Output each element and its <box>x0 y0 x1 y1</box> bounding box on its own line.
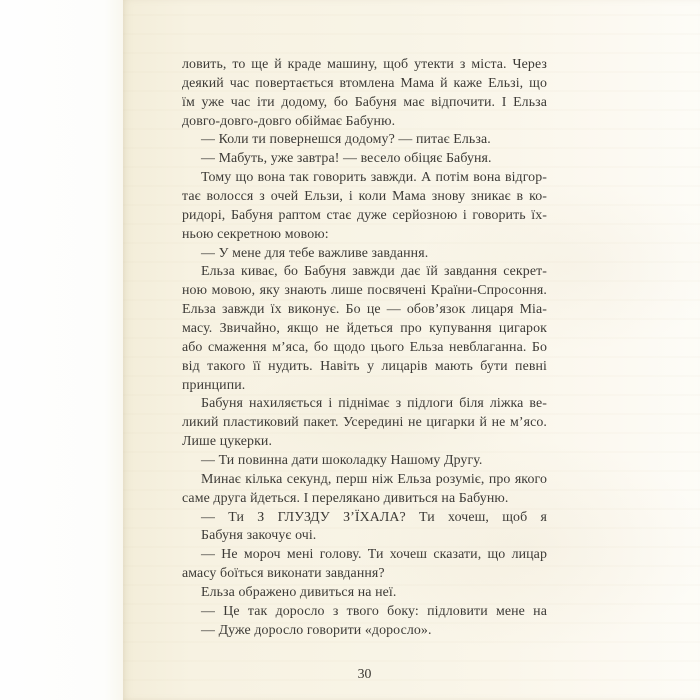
text-line: Лише цукерки. <box>182 433 547 452</box>
text-line: їм уже час іти додому, бо Бабуня має від… <box>182 94 547 113</box>
text-block: ловить, то ще й краде машину, щоб утекти… <box>182 56 547 641</box>
text-line: саме друга йдеться. І перелякано дивитьс… <box>182 490 547 509</box>
photo-background-strip <box>0 0 123 700</box>
text-line: масу. Звичайно, якщо не йдеться про купу… <box>182 320 547 339</box>
text-line: ликий пластиковий пакет. Усередині не ци… <box>182 414 547 433</box>
text-line: Тому що вона так говорить завжди. А поті… <box>182 169 547 188</box>
text-line: Минає кілька секунд, перш ніж Ельза розу… <box>182 471 547 490</box>
book-page: ловить, то ще й краде машину, щоб утекти… <box>123 0 700 700</box>
book-photo: ловить, то ще й краде машину, щоб утекти… <box>0 0 700 700</box>
text-line: тає волосся з очей Ельзи, і коли Мама зн… <box>182 188 547 207</box>
text-line: — Не мороч мені голову. Ти хочеш сказати… <box>182 546 547 565</box>
text-line: Бабуня закочує очі. <box>182 527 547 546</box>
text-line: принципи. <box>182 377 547 396</box>
text-line: довго-довго-довго обіймає Бабуню. <box>182 113 547 132</box>
text-line: — Мабуть, уже завтра! — весело обіцяє Ба… <box>182 150 547 169</box>
text-line: — Це так доросло з твого боку: підловити… <box>182 603 547 622</box>
text-line: — Ти З ГЛУЗДУ З’ЇХАЛА? Ти хочеш, щоб я П… <box>182 509 547 528</box>
text-line: амасу боїться виконати завдання? <box>182 565 547 584</box>
page-number: 30 <box>182 666 547 682</box>
text-line: від такого її нудить. Навіть у лицарів м… <box>182 358 547 377</box>
text-line: — Коли ти повернешся додому? — питає Ель… <box>182 131 547 150</box>
text-line: Ельза киває, бо Бабуня завжди дає їй зав… <box>182 263 547 282</box>
text-line: ною мовою, яку знають лише посвячені Кра… <box>182 282 547 301</box>
text-line: — Дуже доросло говорити «доросло». <box>182 622 547 641</box>
text-line: ридорі, Бабуня раптом стає дуже серйозно… <box>182 207 547 226</box>
text-line: ньою секретною мовою: <box>182 226 547 245</box>
text-line: Ельза ображено дивиться на неї. <box>182 584 547 603</box>
text-line: Бабуня нахиляється і піднімає з підлоги … <box>182 395 547 414</box>
text-line: або смаження м’яса, бо щодо цього Ельза … <box>182 339 547 358</box>
text-line: Ельза завжди їх виконує. Бо це — обов’яз… <box>182 301 547 320</box>
text-line: деякий час повертається втомлена Мама й … <box>182 75 547 94</box>
text-line: — У мене для тебе важливе завдання. <box>182 245 547 264</box>
text-line: ловить, то ще й краде машину, щоб утекти… <box>182 56 547 75</box>
text-line: — Ти повинна дати шоколадку Нашому Другу… <box>182 452 547 471</box>
